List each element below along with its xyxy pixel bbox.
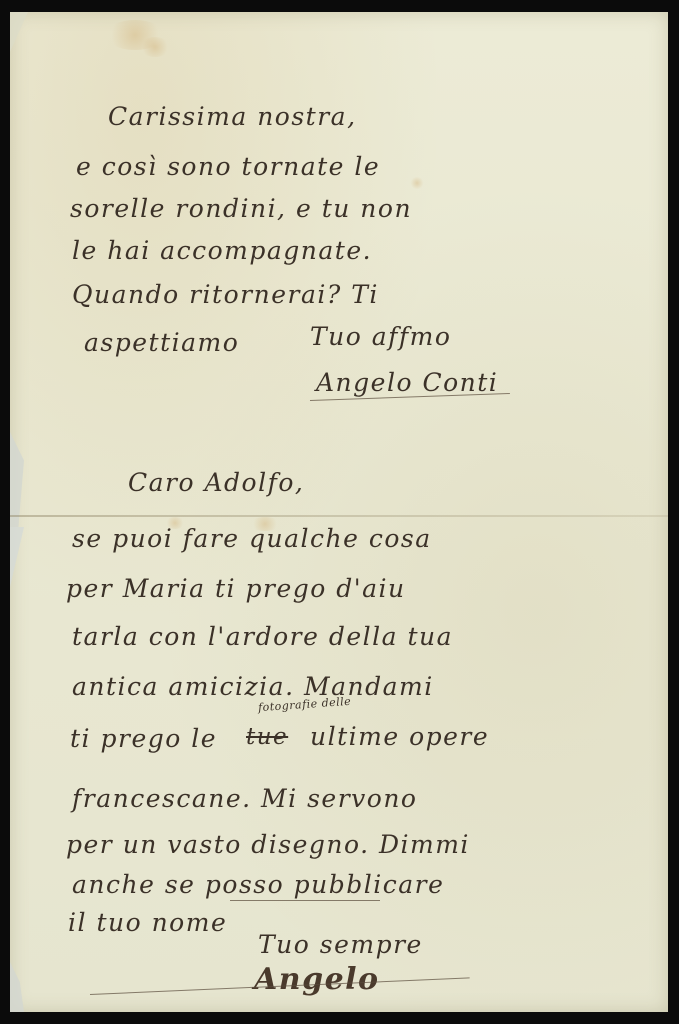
letter-1-line: sorelle rondini, e tu non bbox=[70, 194, 412, 223]
letter-2-line: il tuo nome bbox=[68, 908, 227, 937]
paper-fold bbox=[10, 515, 668, 517]
letter-2-signature: Angelo bbox=[254, 962, 380, 997]
letter-1-signature: Angelo Conti bbox=[316, 368, 498, 397]
letter-2-line: per un vasto disegno. Dimmi bbox=[66, 830, 470, 859]
letter-2-line: se puoi fare qualche cosa bbox=[72, 524, 432, 553]
letter-1-line: aspettiamo bbox=[84, 328, 239, 357]
letter-1-closing: Tuo affmo bbox=[310, 322, 451, 351]
letter-1-salutation: Carissima nostra, bbox=[108, 102, 357, 131]
letter-2-closing: Tuo sempre bbox=[258, 930, 423, 959]
torn-edge bbox=[10, 962, 24, 1012]
letter-2-line: per Maria ti prego d'aiu bbox=[66, 574, 406, 603]
letter-2-line: ti prego le bbox=[70, 724, 217, 753]
torn-edge bbox=[10, 527, 24, 587]
letter-2-line: anche se posso pubblicare bbox=[72, 870, 444, 899]
letter-sheet: Carissima nostra, e così sono tornate le… bbox=[10, 12, 668, 1012]
torn-edge bbox=[10, 432, 24, 527]
letter-2-line: tarla con l'ardore della tua bbox=[72, 622, 453, 651]
letter-2-salutation: Caro Adolfo, bbox=[128, 468, 304, 497]
letter-2-line: francescane. Mi servono bbox=[72, 784, 417, 813]
folded-corner bbox=[10, 12, 28, 52]
foxing-stain bbox=[140, 37, 170, 57]
line-flourish bbox=[230, 900, 380, 901]
letter-2-line: ultime opere bbox=[310, 722, 489, 751]
struck-word: tue bbox=[246, 724, 288, 750]
letter-2-line: antica amicizia. Mandami bbox=[72, 672, 434, 701]
letter-1-line: e così sono tornate le bbox=[76, 152, 380, 181]
letter-1-line: le hai accompagnate. bbox=[72, 236, 372, 265]
letter-1-line: Quando ritornerai? Ti bbox=[72, 280, 379, 309]
foxing-stain bbox=[410, 177, 424, 189]
